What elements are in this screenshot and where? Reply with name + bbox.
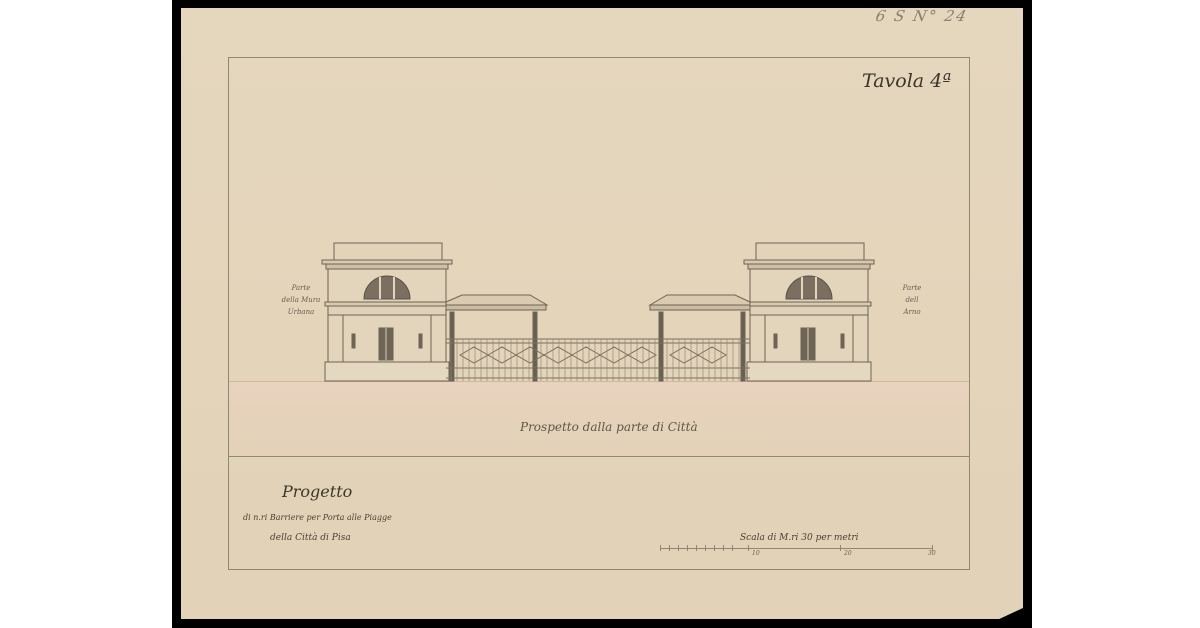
scale-tick-label: 30 xyxy=(928,550,936,557)
scale-tick xyxy=(732,545,733,551)
scale-bar: 10 20 30 xyxy=(660,548,933,549)
scale-tick xyxy=(840,545,841,551)
scale-tick xyxy=(723,545,724,551)
side-label-right-line: Arno xyxy=(892,306,932,318)
scale-tick xyxy=(705,545,706,551)
scale-tick xyxy=(696,545,697,551)
scale-tick xyxy=(714,545,715,551)
scale-tick xyxy=(687,545,688,551)
scale-tick-label: 10 xyxy=(752,550,760,557)
side-label-left-line: Urbana xyxy=(271,306,331,318)
side-label-left-line: Parte xyxy=(271,282,331,294)
left-pavilion xyxy=(322,243,452,381)
side-label-right-line: Parte xyxy=(892,282,932,294)
drawing-subtitle-2: della Città di Pisa xyxy=(270,533,351,543)
scale-tick-label: 20 xyxy=(844,550,852,557)
scale-tick xyxy=(748,545,749,551)
plate-label: Tavola 4ª xyxy=(862,70,951,92)
right-pavilion xyxy=(744,243,874,381)
scale-tick xyxy=(669,545,670,551)
side-label-left: Parte della Mura Urbana xyxy=(271,282,331,318)
scale-label: Scala di M.ri 30 per metri xyxy=(740,533,859,543)
catalog-reference: 6 S N° 24 xyxy=(874,7,970,25)
elevation-drawing xyxy=(0,0,1200,628)
side-label-right-line: dell xyxy=(892,294,932,306)
scale-tick xyxy=(678,545,679,551)
scale-tick xyxy=(660,545,661,551)
side-label-right: Parte dell Arno xyxy=(892,282,932,318)
iron-fence xyxy=(446,339,750,378)
drawing-title: Progetto xyxy=(282,482,352,501)
elevation-caption: Prospetto dalla parte di Città xyxy=(520,420,698,434)
side-label-left-line: della Mura xyxy=(271,294,331,306)
drawing-subtitle-1: di n.ri Barriere per Porta alle Piagge xyxy=(243,513,392,522)
